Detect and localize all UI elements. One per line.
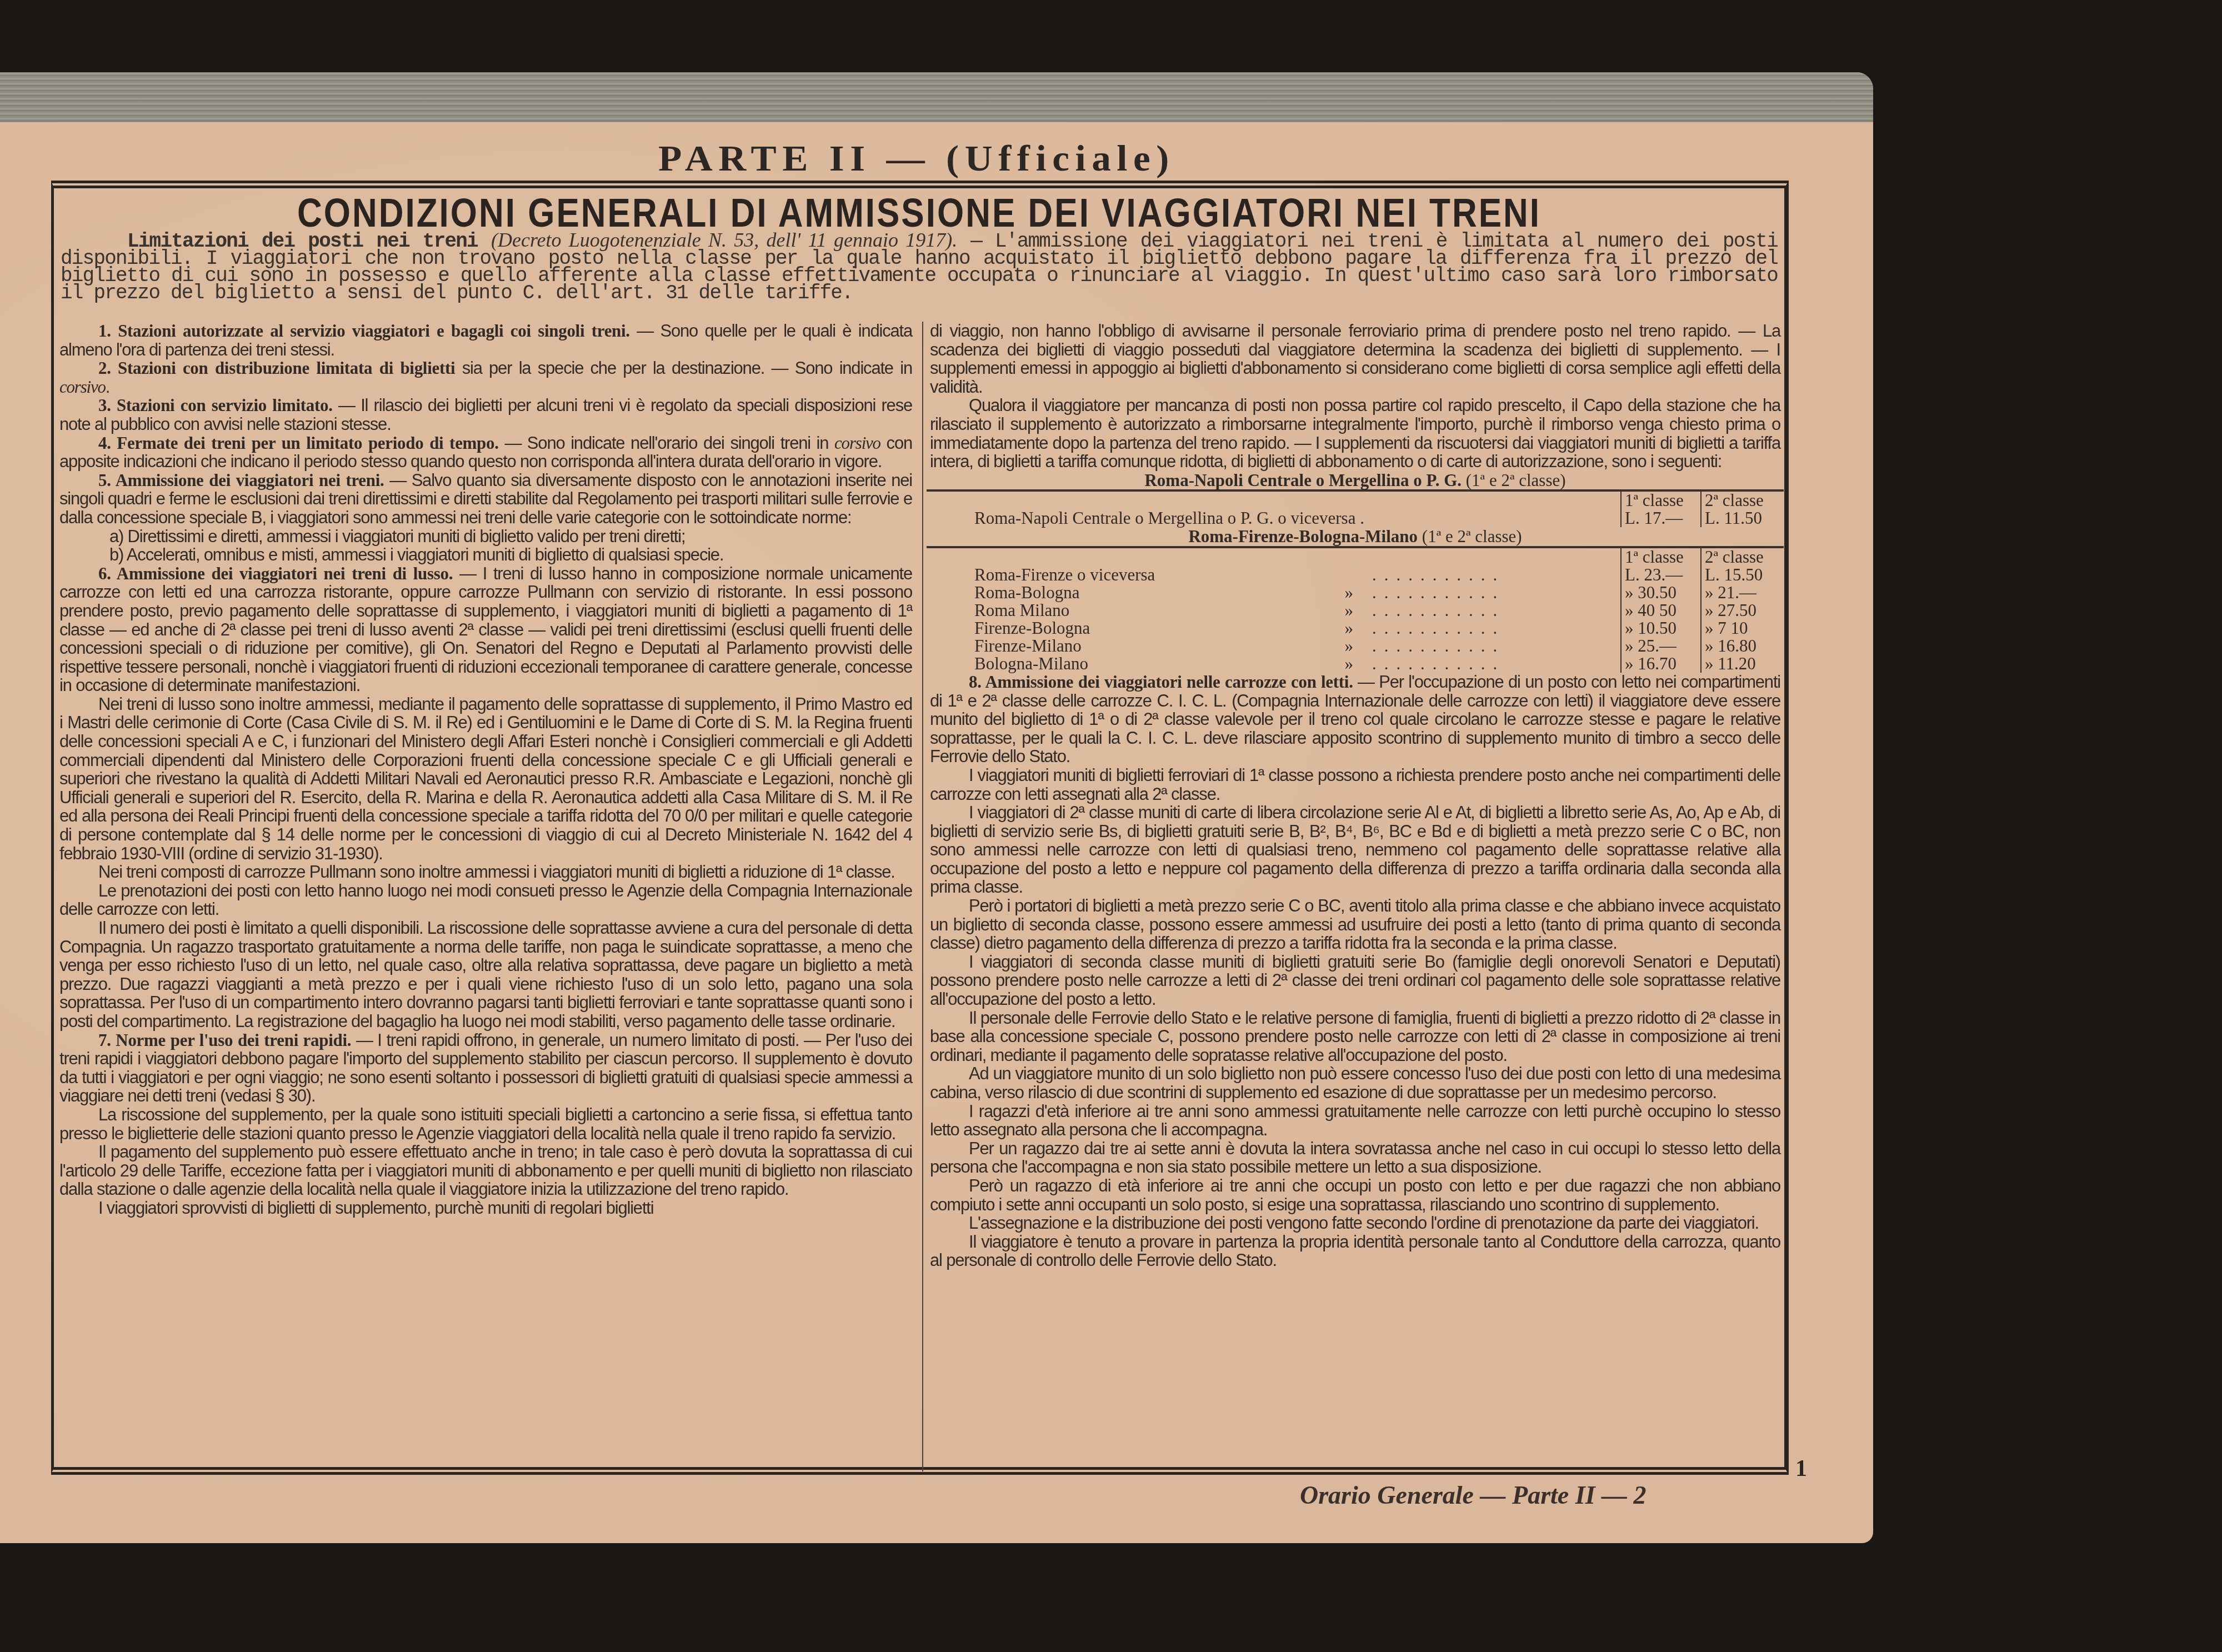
fare-leader-dots: ........... bbox=[1369, 584, 1621, 602]
section-5: 5. Ammissione dei viaggiatori nei treni.… bbox=[59, 471, 912, 527]
paragraph-identita: Il viaggiatore è tenuto a provare in par… bbox=[930, 1233, 1780, 1270]
fare-value: L. 17.— bbox=[1625, 509, 1697, 527]
intro-paragraph: Limitazioni dei posti nei treni (Decreto… bbox=[61, 232, 1778, 302]
fare-header-spacer bbox=[1369, 548, 1621, 566]
fare-table-row: Firenze-Bologna » ........... » 10.50 » … bbox=[930, 619, 1780, 637]
paragraph-personale: Il personale delle Ferrovie dello Stato … bbox=[930, 1009, 1780, 1065]
section-4-text: — Sono indicate nell'orario dei singoli … bbox=[504, 433, 828, 453]
fare-header-spacer bbox=[930, 548, 1341, 566]
fare-second-class: 2ª classeL. 11.50 bbox=[1701, 492, 1780, 527]
fare-value: » 27.50 bbox=[1701, 602, 1780, 619]
section-2-text: sia per la specie che per la destinazion… bbox=[462, 358, 912, 378]
fare-table-row: Firenze-Milano » ........... » 25.— » 16… bbox=[930, 637, 1780, 655]
fare-table-2-name: Roma-Firenze-Bologna-Milano bbox=[1188, 527, 1418, 546]
section-5-item-a: a) Direttissimi e diretti, ammessi i via… bbox=[59, 527, 912, 546]
section-7: 7. Norme per l'uso dei treni rapidi. — I… bbox=[59, 1031, 912, 1105]
paragraph-sette-anni: Per un ragazzo dai tre ai sette anni è d… bbox=[930, 1139, 1780, 1177]
fare-value: » 40 50 bbox=[1621, 602, 1701, 619]
fare-header-spacer bbox=[1341, 548, 1368, 566]
fare-table-row: Bologna-Milano » ........... » 16.70 » 1… bbox=[930, 655, 1780, 673]
section-7-title: 7. Norme per l'uso dei treni rapidi. bbox=[98, 1030, 351, 1050]
fare-value: » 11.20 bbox=[1701, 655, 1780, 673]
fare-leader-dots: ........... bbox=[1369, 655, 1621, 673]
fare-header-second: 2ª classe bbox=[1705, 492, 1777, 509]
section-5-title: 5. Ammissione dei viaggiatori nei treni. bbox=[98, 470, 384, 490]
left-column: 1. Stazioni autorizzate al servizio viag… bbox=[59, 322, 912, 1218]
scanned-page: PARTE II — (Ufficiale) CONDIZIONI GENERA… bbox=[0, 72, 1873, 1543]
fare-value: L. 11.50 bbox=[1705, 509, 1777, 527]
page-footer: Orario Generale — Parte II — 2 bbox=[1300, 1480, 1647, 1510]
paragraph-continued: di viaggio, non hanno l'obbligo di avvis… bbox=[930, 322, 1780, 396]
section-6-text: — I treni di lusso hanno in composizione… bbox=[59, 564, 912, 695]
fare-ditto: » bbox=[1341, 637, 1368, 655]
fare-table-row: Roma Milano » ........... » 40 50 » 27.5… bbox=[930, 602, 1780, 619]
fare-ditto: » bbox=[1341, 619, 1368, 637]
side-page-number: 1 bbox=[1795, 1455, 1807, 1482]
fare-header-first: 1ª classe bbox=[1621, 548, 1701, 566]
fare-table-row: Roma-Napoli Centrale o Mergellina o P. G… bbox=[930, 492, 1780, 527]
fare-value: » 30.50 bbox=[1621, 584, 1701, 602]
fare-route: Roma-Napoli Centrale o Mergellina o P. G… bbox=[930, 492, 1621, 527]
fare-route: Roma-Bologna bbox=[930, 584, 1341, 602]
fare-leader-dots: ........... bbox=[1369, 566, 1621, 584]
page-stack-edge bbox=[0, 72, 1873, 122]
fare-ditto bbox=[1341, 566, 1368, 584]
fare-first-class: 1ª classeL. 17.— bbox=[1621, 492, 1701, 527]
paragraph-qualora: Qualora il viaggiatore per mancanza di p… bbox=[930, 396, 1780, 470]
paragraph-sprovvisti: I viaggiatori sprovvisti di biglietti di… bbox=[59, 1199, 912, 1218]
paragraph-pullmann: Nei treni composti di carrozze Pullmann … bbox=[59, 863, 912, 882]
fare-route: Firenze-Milano bbox=[930, 637, 1341, 655]
fare-table-row: Roma-Bologna » ........... » 30.50 » 21.… bbox=[930, 584, 1780, 602]
fare-route: Roma Milano bbox=[930, 602, 1341, 619]
section-8: 8. Ammissione dei viaggiatori nelle carr… bbox=[930, 673, 1780, 766]
fare-ditto: » bbox=[1341, 655, 1368, 673]
paragraph-prima-classe: I viaggiatori muniti di biglietti ferrov… bbox=[930, 766, 1780, 803]
fare-table-1-note: (1ª e 2ª classe) bbox=[1466, 470, 1566, 490]
fare-value: » 10.50 bbox=[1621, 619, 1701, 637]
section-3: 3. Stazioni con servizio limitato. — Il … bbox=[59, 396, 912, 433]
fare-value: » 16.80 bbox=[1701, 637, 1780, 655]
paragraph-lusso: Nei treni di lusso sono inoltre ammessi,… bbox=[59, 695, 912, 863]
fare-value: L. 23.— bbox=[1621, 566, 1701, 584]
section-2-title: 2. Stazioni con distribuzione limitata d… bbox=[98, 358, 455, 378]
paragraph-pero: Però i portatori di biglietti a metà pre… bbox=[930, 897, 1780, 953]
fare-table-header-row: 1ª classe 2ª classe bbox=[930, 548, 1780, 566]
content-frame: CONDIZIONI GENERALI DI AMMISSIONE DEI VI… bbox=[51, 181, 1789, 1475]
paragraph-ragazzi: I ragazzi d'età inferiore ai tre anni so… bbox=[930, 1102, 1780, 1139]
fare-leader-dots: ........... bbox=[1369, 602, 1621, 619]
fare-leader-dots: ........... bbox=[1369, 619, 1621, 637]
paragraph-serie-bo: I viaggiatori di seconda classe muniti d… bbox=[930, 953, 1780, 1009]
section-1-title: 1. Stazioni autorizzate al servizio viag… bbox=[98, 321, 630, 341]
paragraph-riscossione: La riscossione del supplemento, per la q… bbox=[59, 1105, 912, 1143]
paragraph-solo-biglietto: Ad un viaggiatore munito di un solo bigl… bbox=[930, 1064, 1780, 1102]
fare-route: Roma-Firenze o viceversa bbox=[930, 566, 1341, 584]
section-2-end: . bbox=[106, 377, 109, 397]
fare-table-1-name: Roma-Napoli Centrale o Mergellina o P. G… bbox=[1144, 470, 1462, 490]
fare-table-2-note: (1ª e 2ª classe) bbox=[1422, 527, 1522, 546]
fare-value: » 16.70 bbox=[1621, 655, 1701, 673]
fare-route: Bologna-Milano bbox=[930, 655, 1341, 673]
fare-header-second: 2ª classe bbox=[1701, 548, 1780, 566]
section-5-item-b: b) Accelerati, omnibus e misti, ammessi … bbox=[59, 545, 912, 564]
fare-ditto: » bbox=[1341, 602, 1368, 619]
right-column: di viaggio, non hanno l'obbligo di avvis… bbox=[922, 322, 1780, 1471]
fare-route: Firenze-Bologna bbox=[930, 619, 1341, 637]
fare-header-first: 1ª classe bbox=[1625, 492, 1697, 509]
section-6: 6. Ammissione dei viaggiatori nei treni … bbox=[59, 564, 912, 695]
paragraph-seconda-classe: I viaggiatori di 2ª classe muniti di car… bbox=[930, 803, 1780, 897]
fare-table-1-title: Roma-Napoli Centrale o Mergellina o P. G… bbox=[927, 471, 1784, 492]
section-1: 1. Stazioni autorizzate al servizio viag… bbox=[59, 322, 912, 359]
fare-table-1: Roma-Napoli Centrale o Mergellina o P. G… bbox=[930, 492, 1780, 527]
fare-value: » 7 10 bbox=[1701, 619, 1780, 637]
fare-value: » 21.— bbox=[1701, 584, 1780, 602]
paragraph-pero-ragazzo: Però un ragazzo di età inferiore ai tre … bbox=[930, 1177, 1780, 1214]
paragraph-assegnazione: L'assegnazione e la distribuzione dei po… bbox=[930, 1214, 1780, 1233]
fare-table-2: 1ª classe 2ª classe Roma-Firenze o vicev… bbox=[930, 548, 1780, 673]
section-4: 4. Fermate dei treni per un limitato per… bbox=[59, 434, 912, 471]
paragraph-pagamento: Il pagamento del supplemento può essere … bbox=[59, 1143, 912, 1199]
paragraph-prenotazioni: Le prenotazioni dei posti con letto hann… bbox=[59, 882, 912, 919]
fare-table-2-title: Roma-Firenze-Bologna-Milano (1ª e 2ª cla… bbox=[927, 527, 1784, 548]
fare-leader-dots: ........... bbox=[1369, 637, 1621, 655]
section-3-title: 3. Stazioni con servizio limitato. bbox=[98, 396, 333, 415]
section-2: 2. Stazioni con distribuzione limitata d… bbox=[59, 359, 912, 396]
section-2-italic: corsivo bbox=[59, 377, 106, 397]
fare-ditto: » bbox=[1341, 584, 1368, 602]
section-4-italic: corsivo bbox=[834, 433, 880, 453]
fare-value: L. 15.50 bbox=[1701, 566, 1780, 584]
section-8-title: 8. Ammissione dei viaggiatori nelle carr… bbox=[969, 672, 1353, 692]
fare-value: » 25.— bbox=[1621, 637, 1701, 655]
section-6-title: 6. Ammissione dei viaggiatori nei treni … bbox=[98, 564, 453, 583]
section-4-title: 4. Fermate dei treni per un limitato per… bbox=[98, 433, 499, 453]
fare-table-row: Roma-Firenze o viceversa ........... L. … bbox=[930, 566, 1780, 584]
part-title: PARTE II — (Ufficiale) bbox=[0, 138, 1879, 180]
paragraph-numero: Il numero dei posti è limitato a quelli … bbox=[59, 919, 912, 1031]
